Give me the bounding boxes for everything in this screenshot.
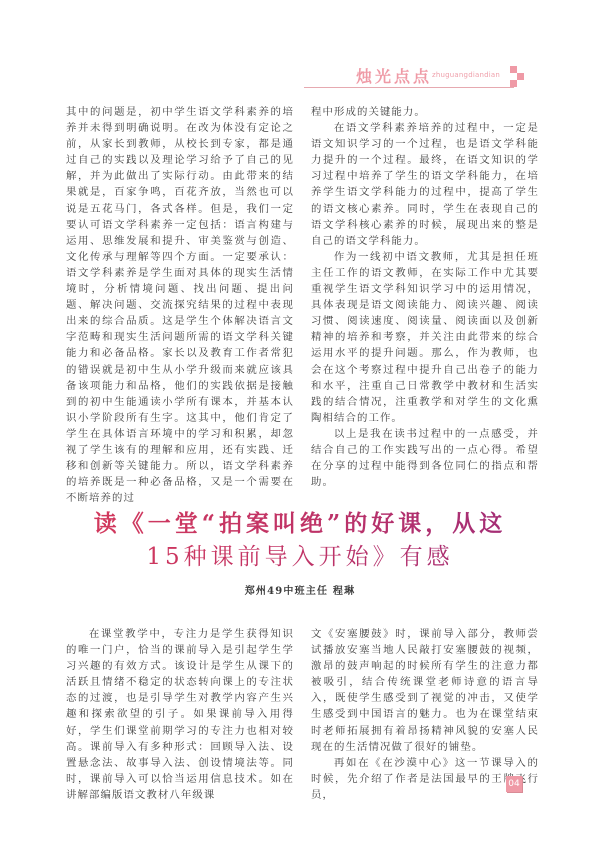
paragraph: 作为一线初中语文教师，尤其是担任班主任工作的语文教师，在实际工作中尤其要重视学生… xyxy=(311,249,539,426)
section-title: 烛光点点 xyxy=(356,64,432,87)
article-left-column: 在课堂教学中，专注力是学生获得知识的唯一门户，恰当的课前导入是引起学生学习兴趣的… xyxy=(66,626,294,803)
previous-article-right-column: 程中形成的关键能力。 在语文学科素养培养的过程中，一定是语文知识学习的一个过程，… xyxy=(311,104,539,490)
paragraph: 在课堂教学中，专注力是学生获得知识的唯一门户，恰当的课前导入是引起学生学习兴趣的… xyxy=(66,626,294,803)
section-header: 烛光点点 zhuguangdiandian xyxy=(304,64,514,90)
article-right-column: 文《安塞腰鼓》时，课前导入部分，教师尝试播放安塞当地人民敲打安塞腰鼓的视频，激昂… xyxy=(311,626,539,803)
paragraph: 在语文学科素养培养的过程中，一定是语文知识学习的一个过程，也是语文学科能力提升的… xyxy=(311,120,539,249)
square-pattern-icon xyxy=(510,66,526,88)
paragraph: 以上是我在读书过程中的一点感受，并结合自己的工作实践写出的一点心得。希望在分享的… xyxy=(311,426,539,490)
paragraph: 再如在《在沙漠中心》这一节课导入的时候，先介绍了作者是法国最早的王牌飞行员， xyxy=(311,755,539,803)
article-title-line-1: 读《一堂“拍案叫绝”的好课，从这 xyxy=(40,505,560,538)
section-pinyin: zhuguangdiandian xyxy=(432,71,500,79)
paragraph: 文《安塞腰鼓》时，课前导入部分，教师尝试播放安塞当地人民敲打安塞腰鼓的视频，激昂… xyxy=(311,626,539,755)
article-title-line-2: 15种课前导入开始》有感 xyxy=(40,538,560,571)
header-divider xyxy=(304,87,514,88)
article-byline: 郑州49中班主任 程琳 xyxy=(0,582,600,597)
previous-article-left-column: 其中的问题是，初中学生语文学科素养的培养并未得到明确说明。在改为体没有定论之前，… xyxy=(66,104,294,506)
paragraph: 其中的问题是，初中学生语文学科素养的培养并未得到明确说明。在改为体没有定论之前，… xyxy=(66,104,294,506)
page-number: 04 xyxy=(506,776,522,792)
paragraph: 程中形成的关键能力。 xyxy=(311,104,539,120)
